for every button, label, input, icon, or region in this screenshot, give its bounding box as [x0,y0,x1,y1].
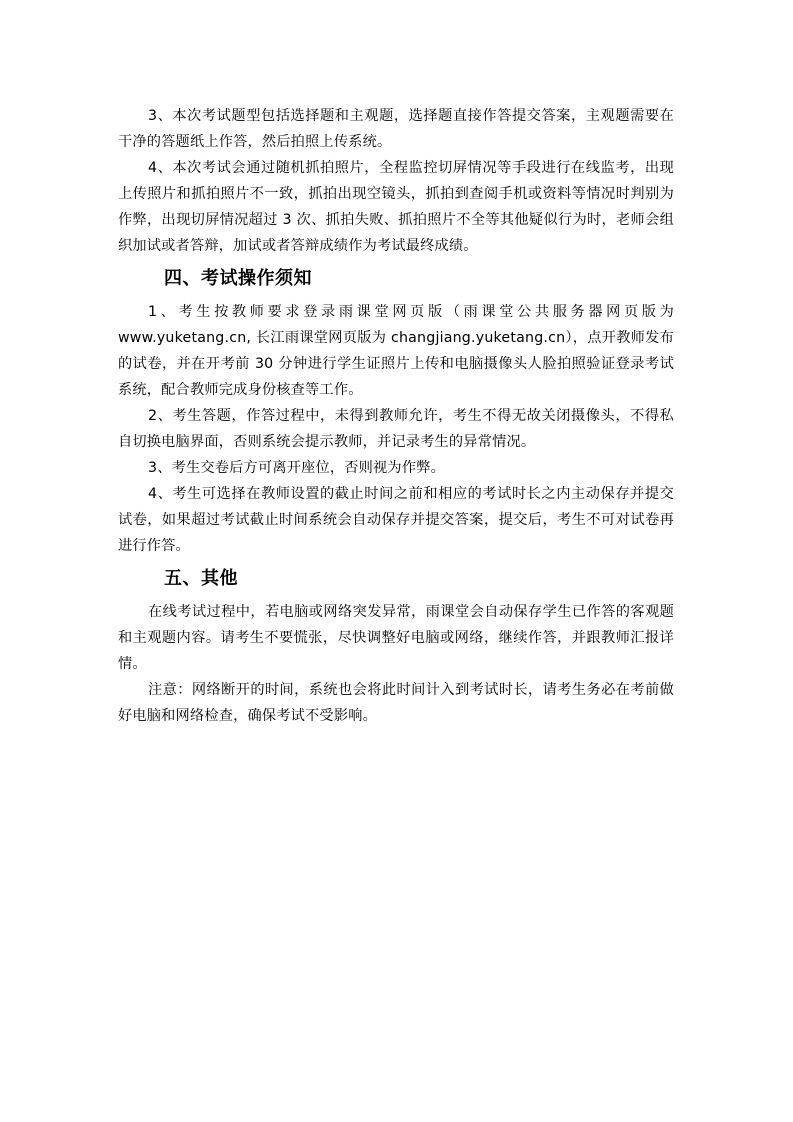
paragraph-leave-seat: 3、考生交卷后方可离开座位，否则视为作弊。 [118,455,674,481]
document-page: 3、本次考试题型包括选择题和主观题，选择题直接作答提交答案，主观题需要在干净的答… [118,103,674,729]
paragraph-note: 注意：网络断开的时间，系统也会将此时间计入到考试时长，请考生务必在考前做好电脑和… [118,677,674,729]
paragraph-proctoring: 4、本次考试会通过随机抓拍照片，全程监控切屏情况等手段进行在线监考，出现上传照片… [118,155,674,259]
paragraph-network-issues: 在线考试过程中，若电脑或网络突发异常，雨课堂会自动保存学生已作答的客观题和主观题… [118,599,674,677]
paragraph-answering-rules: 2、考生答题，作答过程中，未得到教师允许，考生不得无故关闭摄像头，不得私自切换电… [118,403,674,455]
paragraph-login-instructions: 1、考生按教师要求登录雨课堂网页版（雨课堂公共服务器网页版为 www.yuket… [118,299,674,403]
paragraph-question-types: 3、本次考试题型包括选择题和主观题，选择题直接作答提交答案，主观题需要在干净的答… [118,103,674,155]
section-heading-other: 五、其他 [118,566,674,592]
section-heading-exam-operation: 四、考试操作须知 [118,266,674,292]
paragraph-submission: 4、考生可选择在教师设置的截止时间之前和相应的考试时长之内主动保存并提交试卷，如… [118,481,674,559]
